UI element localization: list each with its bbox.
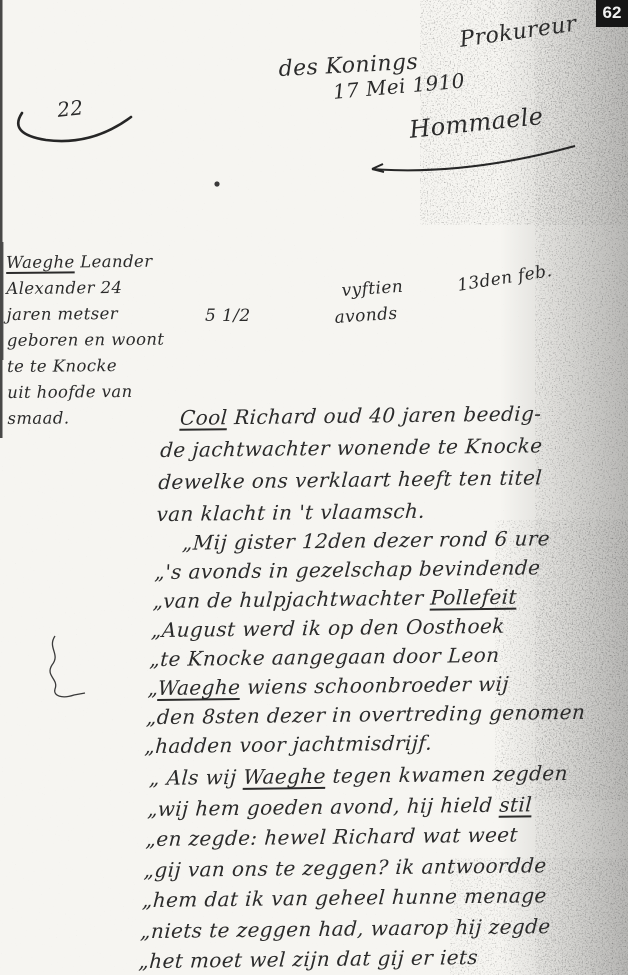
text-segment: „te Knocke aangegaan door Leon <box>149 643 500 671</box>
text-segment: wiens schoonbroeder wij <box>240 672 510 699</box>
text-segment: geboren en woont <box>7 330 165 350</box>
text-line: te te Knocke <box>7 353 165 380</box>
text-line: „den 8sten dezer in overtreding genomen <box>145 698 586 732</box>
text-segment: Alexander 24 <box>6 278 122 298</box>
text-segment: Richard oud 40 jaren beedig- <box>227 401 542 429</box>
case-number: 22 <box>56 95 85 122</box>
text-line: „niets te zeggen had, waarop hij zegde <box>139 911 560 947</box>
text-segment: „en zegde: hewel Richard wat weet <box>145 823 519 852</box>
text-line: „hem dat ik van geheel hunne menage <box>141 880 562 916</box>
text-line: geboren en woont <box>7 327 165 354</box>
text-line: smaad. <box>7 405 165 432</box>
text-line: de jachtwachter wonende te Knocke <box>159 429 545 466</box>
annotation-hours: 5 1/2 <box>205 306 251 326</box>
text-segment: „van de hulpjachtwachter <box>152 586 431 613</box>
text-line: uit hoofde van <box>7 379 165 406</box>
text-segment: „niets te zeggen had, waarop hij zegde <box>140 914 552 943</box>
text-segment: „het moet wel zijn dat gij er iets <box>138 945 479 973</box>
signature: Hommaele <box>408 102 545 144</box>
text-segment: „hadden voor jachtmisdrijf. <box>144 731 433 759</box>
page-number: 62 <box>598 1 626 25</box>
annotation-schedule-line2: avonds <box>334 304 398 328</box>
text-line: „ Als wij Waeghe tegen kwamen zegden <box>148 758 569 794</box>
text-line: Waeghe Leander <box>6 249 164 276</box>
underlined-word: Waeghe <box>243 764 327 789</box>
text-segment: „August werd ik op den Oosthoek <box>150 614 505 642</box>
text-segment: Leander <box>75 252 153 272</box>
text-line: Cool Richard oud 40 jaren beedig- <box>179 397 547 433</box>
annotation-date-note: 13den feb. <box>456 261 554 296</box>
header-recipient-line1: Prokureur <box>458 12 578 53</box>
underlined-word: stil <box>499 792 533 816</box>
text-line: „hadden voor jachtmisdrijf. <box>144 727 585 761</box>
text-segment: de jachtwachter wonende te Knocke <box>160 433 544 462</box>
body-paragraph-intro: Cool Richard oud 40 jaren beedig-de jach… <box>156 397 547 530</box>
text-segment: uit hoofde van <box>7 382 133 402</box>
text-line: Alexander 24 <box>6 275 164 302</box>
underlined-word: Pollefeit <box>430 585 518 610</box>
text-line: jaren metser <box>6 301 164 328</box>
text-segment: „wij hem goeden avond, hij hield <box>147 792 500 820</box>
text-segment: jaren metser <box>6 304 118 324</box>
text-segment: smaad. <box>7 408 69 428</box>
text-segment: „gij van ons te zeggen? ik antwoordde <box>143 853 547 882</box>
document-scan: 62 22 Prokureur des Konings 17 Mei 1910 … <box>0 0 628 975</box>
text-line: „'s avonds in gezelschap bevindende <box>154 553 595 587</box>
text-segment: „'s avonds in gezelschap bevindende <box>154 555 541 584</box>
text-segment: van klacht in 't vlaamsch. <box>156 499 426 526</box>
underlined-word: Cool <box>179 405 228 430</box>
text-line: „en zegde: hewel Richard wat weet <box>145 819 566 855</box>
underlined-word: Waeghe <box>6 252 75 272</box>
text-segment: „ Als wij <box>148 765 244 790</box>
text-line: „het moet wel zijn dat gij er iets <box>138 941 559 975</box>
margin-note-accused: Waeghe LeanderAlexander 24jaren metserge… <box>6 249 165 432</box>
text-segment: dewelke ons verklaart heeft ten titel <box>158 465 543 494</box>
text-segment: te te Knocke <box>7 356 117 376</box>
text-segment: „hem dat ik van geheel hunne menage <box>141 883 547 912</box>
underlined-word: Waeghe <box>157 675 241 700</box>
text-segment: tegen kwamen zegden <box>325 761 568 788</box>
text-segment: „den 8sten dezer in overtreding genomen <box>145 700 586 729</box>
annotation-schedule-line1: vyftien <box>341 277 404 301</box>
body-paragraph-encounter: „ Als wij Waeghe tegen kwamen zegden„wij… <box>138 758 569 975</box>
text-line: dewelke ons verklaart heeft ten titel <box>157 461 543 498</box>
body-paragraph-statement: „Mij gister 12den dezer rond 6 ure„'s av… <box>144 524 597 762</box>
text-segment: „Mij gister 12den dezer rond 6 ure <box>181 526 550 555</box>
